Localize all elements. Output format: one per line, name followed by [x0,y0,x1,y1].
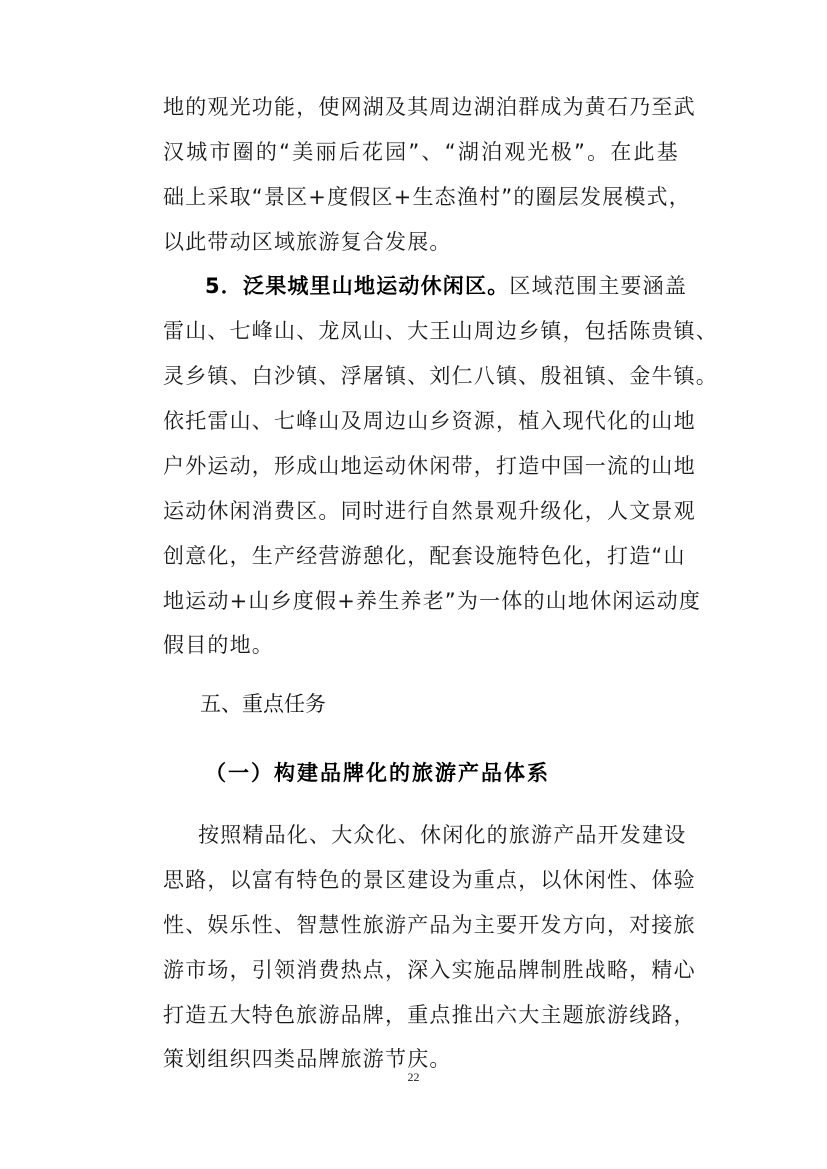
section-heading: 五、重点任务 [200,688,326,718]
text-line: 按照精品化、大众化、休闲化的旅游产品开发建设 [198,821,679,849]
text-line: 依托雷山、七峰山及周边山乡资源，植入现代化的山地 [163,407,679,435]
text-line: 性、娱乐性、智慧性旅游产品为主要开发方向，对接旅 [163,911,679,939]
text-line: 汉城市圈的“美丽后花园”、“湖泊观光极”。在此基 [163,138,679,166]
text-line: 打造五大特色旅游品牌，重点推出六大主题旅游线路， [163,1001,679,1029]
text-line: 运动休闲消费区。同时进行自然景观升级化，人文景观 [163,497,679,525]
document-page: 地的观光功能，使网湖及其周边湖泊群成为黄石乃至武 汉城市圈的“美丽后花园”、“湖… [0,0,827,1169]
text-line: 户外运动，形成山地运动休闲带，打造中国一流的山地 [163,452,679,480]
text-span: 区域范围主要涵盖 [509,274,687,298]
text-line: 假目的地。 [163,631,679,659]
paragraph-lead-line: 5．泛果城里山地运动休闲区。区域范围主要涵盖 [205,272,679,300]
item-heading: 5．泛果城里山地运动休闲区。 [205,274,509,298]
text-line: 游市场，引领消费热点，深入实施品牌制胜战略，精心 [163,956,679,984]
text-line: 地的观光功能，使网湖及其周边湖泊群成为黄石乃至武 [163,93,679,121]
text-line: 创意化，生产经营游憩化，配套设施特色化，打造“山 [163,542,679,570]
page-number: 22 [0,1070,827,1085]
subsection-heading: （一）构建品牌化的旅游产品体系 [205,757,550,787]
text-line: 以此带动区域旅游复合发展。 [163,228,679,256]
text-line: 地运动+山乡度假+养生养老”为一体的山地休闲运动度 [163,587,679,615]
text-line: 思路，以富有特色的景区建设为重点，以休闲性、体验 [163,866,679,894]
text-line: 策划组织四类品牌旅游节庆。 [163,1045,679,1073]
text-line: 雷山、七峰山、龙凤山、大王山周边乡镇，包括陈贵镇、 [163,317,679,345]
text-line: 础上采取“景区+度假区+生态渔村”的圈层发展模式， [163,183,679,211]
text-line: 灵乡镇、白沙镇、浮屠镇、刘仁八镇、殷祖镇、金牛镇。 [163,362,679,390]
